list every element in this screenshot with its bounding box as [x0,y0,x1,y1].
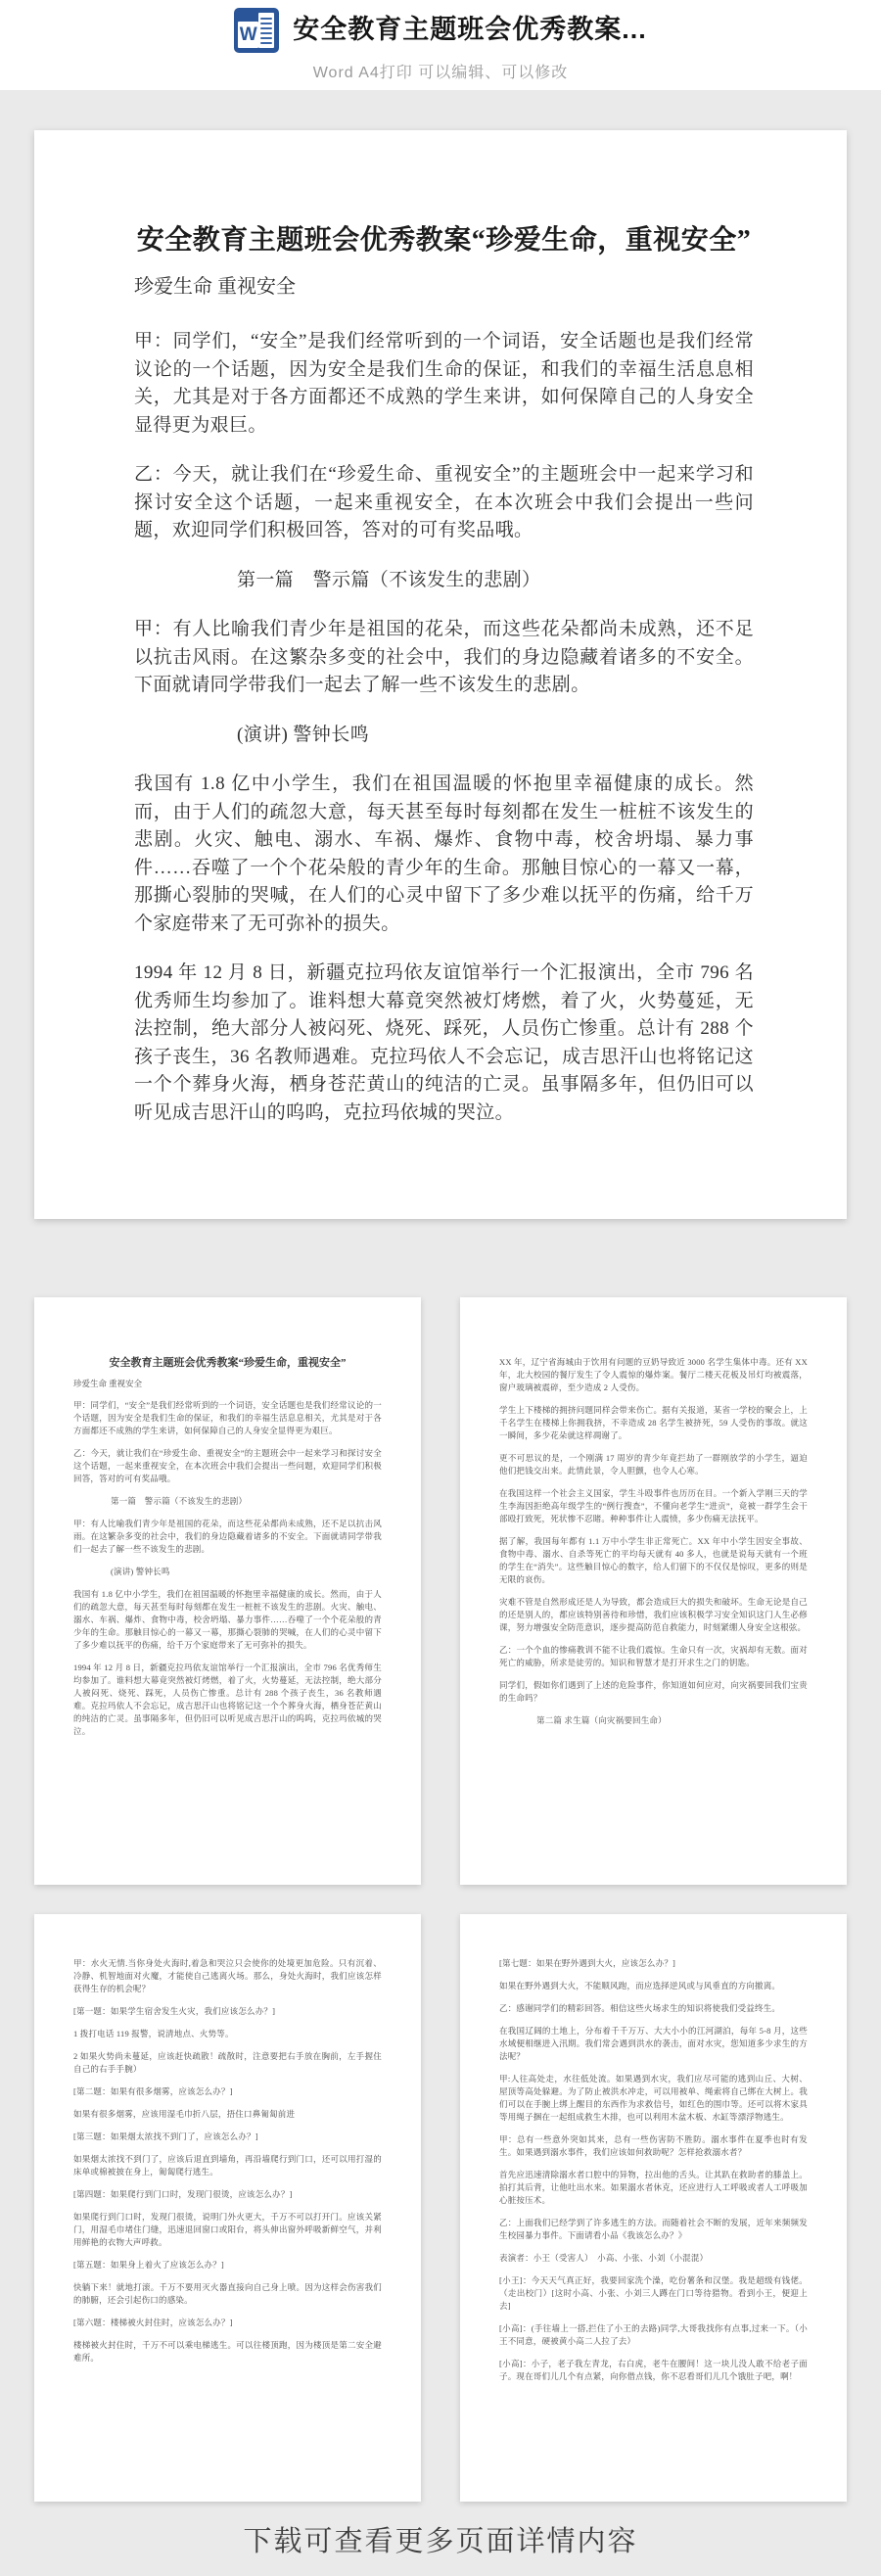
paragraph: 乙：上面我们已经学到了许多逃生的方法。而随着社会不断的发展，近年来频频发生校园暴… [499,2217,808,2242]
document-page-preview-4[interactable]: 甲：水火无情.当你身处火海时,着急和哭泣只会使你的处境更加危险。只有沉着、冷静、… [34,1914,421,2502]
paragraph: 楼梯被火封住时，千万不可以乘电梯逃生。可以往楼顶跑，因为楼顶是第二安全避难所。 [73,2339,382,2365]
paragraph: [第六题：楼梯被火封住时，应该怎么办？] [73,2317,382,2329]
paragraph: 乙：一个个血的惨痛教训不能不让我们震惊。生命只有一次，灾祸却有无数。面对死亡的威… [499,1644,808,1669]
paragraph: 甲：同学们，“安全”是我们经常听到的一个词语，安全话题也是我们经常议论的一个话题… [73,1399,382,1437]
paragraph: 表演者：小王（受害人） 小高、小张、小刘（小混混） [499,2252,808,2265]
paragraph: [小高]：小子，老子我左青龙，右白虎，老牛在腰间！这一块儿没人敢不给老子面子。现… [499,2358,808,2383]
paragraph: 据了解，我国每年都有 1.1 万中小学生非正常死亡。XX 年中小学生因安全事故、… [499,1535,808,1586]
document-body: 甲：同学们，“安全”是我们经常听到的一个词语，安全话题也是我们经常议论的一个话题… [134,328,754,1127]
paragraph: XX 年，辽宁省海城由于饮用有问题的豆奶导致近 3000 名学生集体中毒。还有 … [499,1356,808,1394]
document-page-preview-5[interactable]: [第七题：如果在野外遇到大火，应该怎么办？]如果在野外遇到大火，不能顺风跑，而应… [460,1914,847,2502]
paragraph: 同学们，假如你们遇到了上述的危险事件，你知道如何应对，向灾祸要回我们宝贵的生命吗… [499,1679,808,1705]
paragraph: 我国有 1.8 亿中小学生，我们在祖国温暖的怀抱里幸福健康的成长。然而，由于人们… [134,771,754,938]
paragraph: 甲：水火无情.当你身处火海时,着急和哭泣只会使你的处境更加危险。只有沉着、冷静、… [73,1957,382,1995]
document-subtitle: 珍爱生命 重视安全 [134,270,754,299]
thumb-page-body: XX 年，辽宁省海城由于饮用有问题的豆奶导致近 3000 名学生集体中毒。还有 … [499,1356,808,1727]
paragraph: 灾难不管是自然形成还是人为导致，都会造成巨大的损失和破坏。生命无论是自己的还是别… [499,1596,808,1634]
paragraph: 甲：同学们，“安全”是我们经常听到的一个词语，安全话题也是我们经常议论的一个话题… [134,328,754,440]
word-icon-letter: W [238,22,258,48]
paragraph: 甲:人往高处走，水往低处流。如果遇到水灾，我们应尽可能的逃到山丘、大树、屋顶等高… [499,2073,808,2124]
document-page-preview-3[interactable]: XX 年，辽宁省海城由于饮用有问题的豆奶导致近 3000 名学生集体中毒。还有 … [460,1297,847,1885]
paragraph: [小王]：今天天气真正好，我要回家洗个澡，吃份薯条和汉堡。我是超级有钱佬。（走出… [499,2274,808,2313]
file-meta: Word A4打印 可以编辑、可以修改 [313,60,569,82]
paragraph: 首先应迅速清除溺水者口腔中的异物，拉出他的舌头。让其趴在救助者的膝盖上。拍打其后… [499,2169,808,2207]
download-hint-text: 下载可查看更多页面详情内容 [243,2519,637,2559]
document-page-preview-1[interactable]: 安全教育主题班会优秀教案“珍爱生命，重视安全” 珍爱生命 重视安全 甲：同学们，… [34,130,847,1219]
paragraph: 1 拨打电话 119 报警，说清地点、火势等。 [73,2028,382,2040]
paragraph: 乙：今天，就让我们在“珍爱生命、重视安全”的主题班会中一起来学习和探讨安全这个话… [73,1447,382,1485]
document-page-preview-2[interactable]: 安全教育主题班会优秀教案“珍爱生命，重视安全” 珍爱生命 重视安全 甲：同学们，… [34,1297,421,1885]
paragraph: 在我国这样一个社会主义国家，学生斗殴事件也历历在目。一个新入学刚三天的学生李海因… [499,1487,808,1525]
paragraph: 乙：今天，就让我们在“珍爱生命、重视安全”的主题班会中一起来学习和探讨安全这个话… [134,461,754,545]
paragraph: 甲：总有一些意外突如其来，总有一些伤害防不胜防。溺水事件在夏季也时有发生。如果遇… [499,2133,808,2159]
thumb-page-body: 甲：同学们，“安全”是我们经常听到的一个词语，安全话题也是我们经常议论的一个话题… [73,1399,382,1738]
thumb-document-title: 安全教育主题班会优秀教案“珍爱生命，重视安全” [73,1356,382,1370]
paragraph: 1994 年 12 月 8 日，新疆克拉玛依友谊馆举行一个汇报演出，全市 796… [134,960,754,1127]
preview-footer: 下载可查看更多页面详情内容 [0,2502,881,2576]
word-icon-page-lines [258,13,274,48]
paragraph: [第一题：如果学生宿舍发生火灾，我们应该怎么办？] [73,2005,382,2018]
paragraph: (演讲) 警钟长鸣 [73,1566,382,1578]
paragraph: 第一篇 警示篇（不该发生的悲剧） [134,567,754,595]
paragraph: 更不可思议的是，一个刚满 17 周岁的青少年竟拦劫了一群刚放学的小学生，逼迫他们… [499,1452,808,1477]
paragraph: 2 如果火势尚未蔓延，应该赶快疏散！疏散时，注意要把右手放在胸前，左手握住自己的… [73,2050,382,2076]
paragraph: 学生上下楼梯的拥挤问题同样会带来伤亡。据有关报道，某省一学校的聚会上，上千名学生… [499,1404,808,1442]
paragraph: 1994 年 12 月 8 日，新疆克拉玛依友谊馆举行一个汇报演出，全市 796… [73,1662,382,1738]
paragraph: [第五题：如果身上着火了应该怎么办？] [73,2259,382,2272]
paragraph: [第四题：如果爬行到门口时，发现门很烫，应该怎么办？] [73,2188,382,2201]
thumb-page-body: 甲：水火无情.当你身处火海时,着急和哭泣只会使你的处境更加危险。只有沉着、冷静、… [73,1957,382,2365]
paragraph: 乙：感谢同学们的精彩回答。相信这些火场求生的知识将使我们受益终生。 [499,2002,808,2015]
paragraph: 如果爬行到门口时，发现门很烫，说明门外火更大，千万不可以打开门。应该关紧门，用湿… [73,2211,382,2249]
paragraph: 甲：有人比喻我们青少年是祖国的花朵，而这些花朵都尚未成熟，还不足以抗击风雨。在这… [134,616,754,700]
paragraph: 如果烟太浓找不到门了，应该后退直到墙角，再沿墙爬行到门口，还可以用打湿的床单或棉… [73,2153,382,2178]
paragraph: [小高]：(手往墙上一搭,拦住了小王的去路)同学,大哥我找你有点事,过来一下。（… [499,2322,808,2348]
paragraph: 甲：有人比喻我们青少年是祖国的花朵，而这些花朵都尚未成熟，还不足以抗击风雨。在这… [73,1518,382,1556]
paragraph: (演讲) 警钟长鸣 [134,722,754,750]
word-file-icon: W [234,8,279,53]
paragraph: 如果有很多烟雾，应该用湿毛巾折八层，捂住口鼻匍匐前进 [73,2108,382,2121]
paragraph: 第一篇 警示篇（不该发生的悲剧） [73,1495,382,1508]
preview-header: W 安全教育主题班会优秀教案... Word A4打印 可以编辑、可以修改 [0,0,881,90]
paragraph: [第三题：如果烟太浓找不到门了，应该怎么办？] [73,2131,382,2143]
document-title: 安全教育主题班会优秀教案“珍爱生命，重视安全” [134,221,754,260]
thumb-document-subtitle: 珍爱生命 重视安全 [73,1378,382,1389]
thumb-page-body: [第七题：如果在野外遇到大火，应该怎么办？]如果在野外遇到大火，不能顺风跑，而应… [499,1957,808,2383]
paragraph: 在我国辽阔的土地上，分布着千千万万、大大小小的江河湖泊，每年 5-8 月，这些水… [499,2025,808,2063]
paragraph: 我国有 1.8 亿中小学生，我们在祖国温暖的怀抱里幸福健康的成长。然而，由于人们… [73,1588,382,1652]
paragraph: 如果在野外遇到大火，不能顺风跑，而应选择逆风或与风垂直的方向撤离。 [499,1980,808,1992]
paragraph: 快躺下来！就地打滚。千万不要用灭火器直接向自己身上喷。因为这样会伤害我们的肺腑，… [73,2281,382,2307]
file-title: 安全教育主题班会优秀教案... [293,16,647,45]
paragraph: [第七题：如果在野外遇到大火，应该怎么办？] [499,1957,808,1970]
paragraph: [第二题：如果有很多烟雾，应该怎么办？] [73,2085,382,2098]
paragraph: 第二篇 求生篇（向灾祸要回生命） [499,1714,808,1727]
page-thumbnail-grid: 安全教育主题班会优秀教案“珍爱生命，重视安全” 珍爱生命 重视安全 甲：同学们，… [34,1297,847,2502]
